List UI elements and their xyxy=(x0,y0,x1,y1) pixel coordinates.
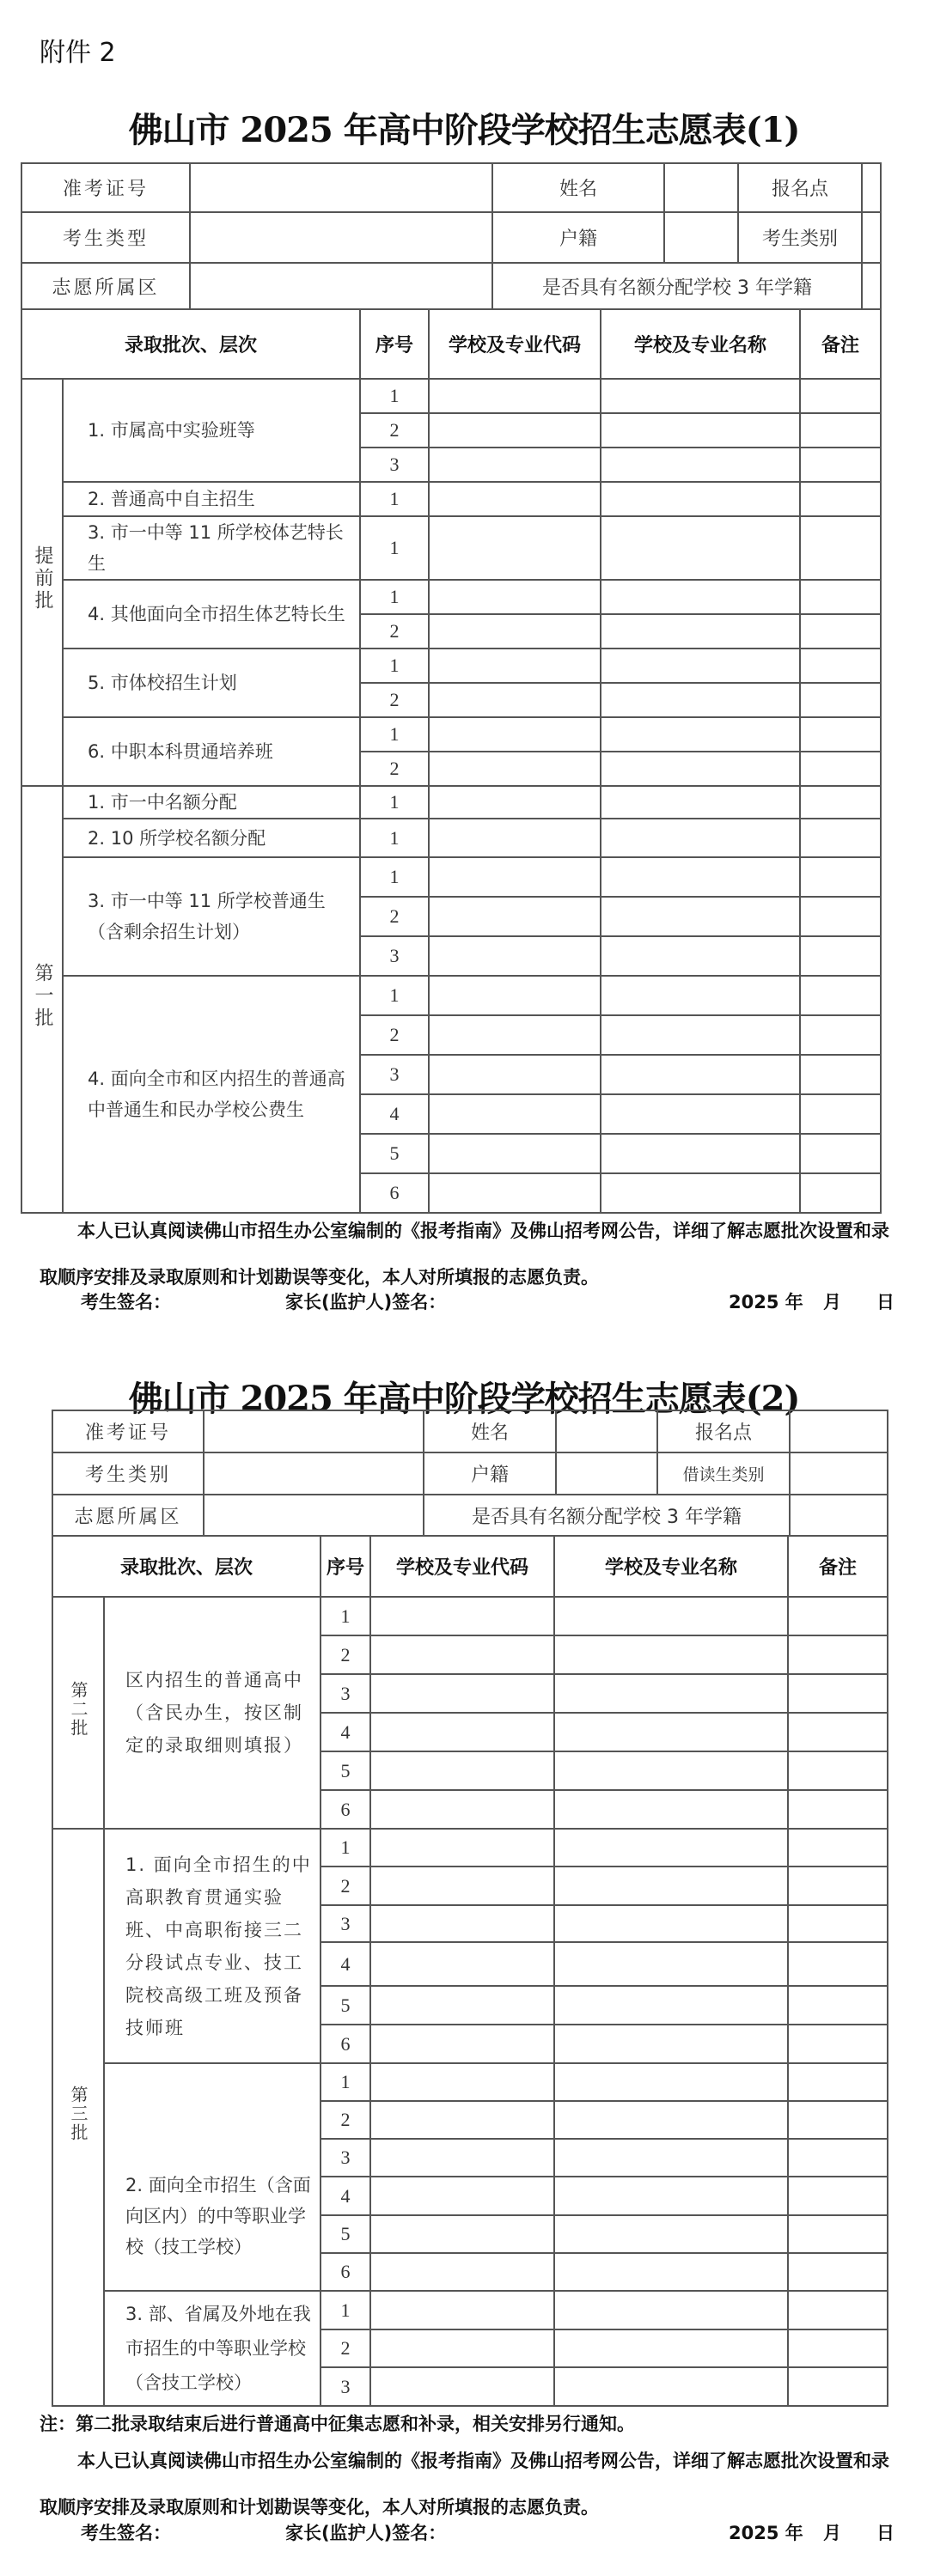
code-cell[interactable] xyxy=(370,1597,554,1635)
name-cell[interactable] xyxy=(554,2367,788,2406)
seq-number: 2 xyxy=(321,1635,370,1674)
seq-number: 6 xyxy=(321,2025,370,2063)
name-cell[interactable] xyxy=(554,2329,788,2367)
form2-choices-table: 录取批次、层次 序号 学校及专业代码 学校及专业名称 备注 第二批 区内招生的普… xyxy=(52,1535,888,2407)
remark-cell[interactable] xyxy=(800,819,881,857)
name-cell[interactable] xyxy=(601,1094,800,1134)
remark-cell[interactable] xyxy=(800,413,881,448)
code-cell[interactable] xyxy=(370,2253,554,2291)
code-cell[interactable] xyxy=(370,1674,554,1713)
remark-cell[interactable] xyxy=(800,482,881,516)
code-cell[interactable] xyxy=(429,717,601,752)
name-cell[interactable] xyxy=(554,2139,788,2177)
seq-number: 1 xyxy=(360,819,429,857)
code-cell[interactable] xyxy=(370,2101,554,2139)
exam-id-label: 准考证号 xyxy=(21,163,190,212)
code-cell[interactable] xyxy=(370,2367,554,2406)
remark-cell[interactable] xyxy=(788,1635,888,1674)
reg-point-label: 报名点 xyxy=(657,1410,790,1452)
seq-number: 2 xyxy=(360,1015,429,1055)
seq-number: 2 xyxy=(321,2329,370,2367)
exam-id-field[interactable] xyxy=(190,163,492,212)
header-batch-level: 录取批次、层次 xyxy=(21,309,360,379)
level-label: 4. 面向全市和区内招生的普通高中普通生和民办学校公费生 xyxy=(63,976,360,1213)
remark-cell[interactable] xyxy=(788,2367,888,2406)
name-cell[interactable] xyxy=(601,413,800,448)
remark-cell[interactable] xyxy=(800,516,881,580)
seq-number: 2 xyxy=(321,2101,370,2139)
code-cell[interactable] xyxy=(429,614,601,649)
remark-cell[interactable] xyxy=(800,857,881,897)
code-cell[interactable] xyxy=(429,976,601,1015)
code-cell[interactable] xyxy=(370,1713,554,1751)
remark-cell[interactable] xyxy=(800,1134,881,1173)
seq-number: 1 xyxy=(360,717,429,752)
form1-declaration: 本人已认真阅读佛山市招生办公室编制的《报考指南》及佛山招考网公告，详细了解志愿批… xyxy=(40,1208,899,1300)
district-label: 志愿所属区 xyxy=(21,263,190,309)
code-cell[interactable] xyxy=(429,936,601,976)
level-label: 2. 普通高中自主招生 xyxy=(63,482,360,516)
seq-number: 3 xyxy=(321,1674,370,1713)
form1-title: 佛山市 2025 年高中阶段学校招生志愿表(1) xyxy=(0,103,928,152)
seq-number: 2 xyxy=(360,683,429,717)
household-label: 户籍 xyxy=(492,212,664,263)
name-cell[interactable] xyxy=(601,580,800,614)
name-cell[interactable] xyxy=(601,482,800,516)
form1-signature-line: 考生签名： 家长(监护人)签名： 2025 年 月 日 xyxy=(0,1288,928,1323)
date-month: 月 xyxy=(823,1288,841,1314)
seq-number: 1 xyxy=(360,580,429,614)
code-cell[interactable] xyxy=(429,649,601,683)
district-field[interactable] xyxy=(204,1495,424,1536)
remark-cell[interactable] xyxy=(800,448,881,482)
seq-number: 2 xyxy=(360,413,429,448)
remark-cell[interactable] xyxy=(800,649,881,683)
attachment-label: 附件 2 xyxy=(40,31,116,69)
seq-number: 4 xyxy=(360,1094,429,1134)
code-cell[interactable] xyxy=(429,448,601,482)
form2-note: 注：第二批录取结束后进行普通高中征集志愿和补录，相关安排另行通知。 xyxy=(40,2410,635,2436)
header-seq: 序号 xyxy=(321,1536,370,1597)
level-label: 3. 市一中等 11 所学校体艺特长生 xyxy=(63,516,360,580)
code-cell[interactable] xyxy=(429,819,601,857)
district-label: 志愿所属区 xyxy=(52,1495,204,1536)
code-cell[interactable] xyxy=(370,2025,554,2063)
code-cell[interactable] xyxy=(370,1829,554,1867)
name-cell[interactable] xyxy=(601,786,800,819)
level-label: 5. 市体校招生计划 xyxy=(63,649,360,717)
name-cell[interactable] xyxy=(554,1942,788,1986)
code-cell[interactable] xyxy=(370,2063,554,2101)
name-label: 姓名 xyxy=(492,163,664,212)
reg-point-label: 报名点 xyxy=(738,163,862,212)
code-cell[interactable] xyxy=(429,683,601,717)
header-name: 学校及专业名称 xyxy=(601,309,800,379)
header-code: 学校及专业代码 xyxy=(370,1536,554,1597)
student-category-field[interactable] xyxy=(862,212,881,263)
household-field[interactable] xyxy=(556,1452,657,1495)
name-cell[interactable] xyxy=(554,2253,788,2291)
name-cell[interactable] xyxy=(554,2063,788,2101)
remark-cell[interactable] xyxy=(800,1015,881,1055)
date-year: 2025 年 xyxy=(729,1288,803,1314)
exam-id-label: 准考证号 xyxy=(52,1410,204,1452)
seq-number: 5 xyxy=(321,2215,370,2253)
name-cell[interactable] xyxy=(554,1867,788,1905)
reg-point-field[interactable] xyxy=(790,1410,888,1452)
date-day: 日 xyxy=(876,1288,894,1314)
level-label: 2. 面向全市招生（含面向区内）的中等职业学校（技工学校） xyxy=(104,2063,321,2291)
header-remark: 备注 xyxy=(800,309,881,379)
seq-number: 1 xyxy=(360,379,429,413)
name-cell[interactable] xyxy=(601,976,800,1015)
borrow-category-label: 借读生类别 xyxy=(657,1452,790,1495)
seq-number: 1 xyxy=(321,1597,370,1635)
name-cell[interactable] xyxy=(601,1055,800,1094)
seq-number: 1 xyxy=(321,2291,370,2329)
seq-number: 2 xyxy=(321,1867,370,1905)
name-cell[interactable] xyxy=(554,1751,788,1790)
remark-cell[interactable] xyxy=(788,1597,888,1635)
form2-declaration: 本人已认真阅读佛山市招生办公室编制的《报考指南》及佛山招考网公告，详细了解志愿批… xyxy=(40,2438,899,2530)
name-cell[interactable] xyxy=(554,1597,788,1635)
name-cell[interactable] xyxy=(601,857,800,897)
code-cell[interactable] xyxy=(370,2139,554,2177)
code-cell[interactable] xyxy=(370,2215,554,2253)
exam-id-field[interactable] xyxy=(204,1410,424,1452)
code-cell[interactable] xyxy=(370,1867,554,1905)
quota-school-field[interactable] xyxy=(862,263,881,309)
code-cell[interactable] xyxy=(429,482,601,516)
name-cell[interactable] xyxy=(601,1015,800,1055)
name-cell[interactable] xyxy=(601,614,800,649)
remark-cell[interactable] xyxy=(788,1790,888,1829)
remark-cell[interactable] xyxy=(788,2139,888,2177)
student-signature-label: 考生签名： xyxy=(81,2519,171,2545)
name-cell[interactable] xyxy=(554,2025,788,2063)
remark-cell[interactable] xyxy=(788,2215,888,2253)
name-cell[interactable] xyxy=(554,1790,788,1829)
remark-cell[interactable] xyxy=(788,1905,888,1942)
remark-cell[interactable] xyxy=(788,2291,888,2329)
date-year: 2025 年 xyxy=(729,2519,803,2545)
level-label: 区内招生的普通高中（含民办生，按区制定的录取细则填报） xyxy=(104,1597,321,1829)
seq-number: 6 xyxy=(321,2253,370,2291)
seq-number: 3 xyxy=(360,448,429,482)
code-cell[interactable] xyxy=(429,786,601,819)
header-name: 学校及专业名称 xyxy=(554,1536,788,1597)
name-cell[interactable] xyxy=(601,897,800,936)
borrow-category-field[interactable] xyxy=(790,1452,888,1495)
reg-point-field[interactable] xyxy=(862,163,881,212)
seq-number: 1 xyxy=(360,857,429,897)
batch-first: 第一批 xyxy=(21,786,63,1213)
code-cell[interactable] xyxy=(370,1790,554,1829)
name-cell[interactable] xyxy=(601,717,800,752)
name-cell[interactable] xyxy=(554,2177,788,2215)
seq-number: 1 xyxy=(360,976,429,1015)
remark-cell[interactable] xyxy=(788,2025,888,2063)
seq-number: 5 xyxy=(321,1986,370,2025)
batch-second: 第二批 xyxy=(52,1597,104,1829)
remark-cell[interactable] xyxy=(800,580,881,614)
remark-cell[interactable] xyxy=(800,897,881,936)
seq-number: 2 xyxy=(360,752,429,786)
name-cell[interactable] xyxy=(554,1674,788,1713)
name-cell[interactable] xyxy=(601,649,800,683)
remark-cell[interactable] xyxy=(800,1094,881,1134)
remark-cell[interactable] xyxy=(800,379,881,413)
form1-choices-table: 录取批次、层次 序号 学校及专业代码 学校及专业名称 备注 提前批 1. 市属高… xyxy=(21,308,882,1214)
seq-number: 3 xyxy=(360,1055,429,1094)
header-code: 学校及专业代码 xyxy=(429,309,601,379)
student-category-label: 考生类别 xyxy=(738,212,862,263)
remark-cell[interactable] xyxy=(788,1829,888,1867)
seq-number: 3 xyxy=(321,2139,370,2177)
code-cell[interactable] xyxy=(429,516,601,580)
student-category-label: 考生类别 xyxy=(52,1452,204,1495)
student-category-field[interactable] xyxy=(204,1452,424,1495)
seq-number: 3 xyxy=(360,936,429,976)
date-month: 月 xyxy=(823,2519,841,2545)
quota-school-label: 是否具有名额分配学校 3 年学籍 xyxy=(424,1495,790,1536)
name-cell[interactable] xyxy=(601,819,800,857)
name-cell[interactable] xyxy=(601,379,800,413)
remark-cell[interactable] xyxy=(800,752,881,786)
remark-cell[interactable] xyxy=(788,1986,888,2025)
batch-early: 提前批 xyxy=(21,379,63,786)
quota-school-field[interactable] xyxy=(790,1495,888,1536)
name-cell[interactable] xyxy=(601,752,800,786)
quota-school-label: 是否具有名额分配学校 3 年学籍 xyxy=(492,263,862,309)
code-cell[interactable] xyxy=(429,1134,601,1173)
code-cell[interactable] xyxy=(429,413,601,448)
remark-cell[interactable] xyxy=(800,717,881,752)
code-cell[interactable] xyxy=(429,379,601,413)
header-remark: 备注 xyxy=(788,1536,888,1597)
header-seq: 序号 xyxy=(360,309,429,379)
date-day: 日 xyxy=(876,2519,894,2545)
name-cell[interactable] xyxy=(554,1713,788,1751)
code-cell[interactable] xyxy=(370,1986,554,2025)
seq-number: 5 xyxy=(321,1751,370,1790)
seq-number: 1 xyxy=(321,2063,370,2101)
remark-cell[interactable] xyxy=(788,1674,888,1713)
seq-number: 4 xyxy=(321,2177,370,2215)
code-cell[interactable] xyxy=(370,1751,554,1790)
level-label: 1. 市一中名额分配 xyxy=(63,786,360,819)
code-cell[interactable] xyxy=(429,1094,601,1134)
remark-cell[interactable] xyxy=(788,2253,888,2291)
student-type-field[interactable] xyxy=(190,212,492,263)
name-cell[interactable] xyxy=(601,448,800,482)
code-cell[interactable] xyxy=(370,2291,554,2329)
remark-cell[interactable] xyxy=(788,2101,888,2139)
code-cell[interactable] xyxy=(370,1635,554,1674)
seq-number: 4 xyxy=(321,1942,370,1986)
name-cell[interactable] xyxy=(601,516,800,580)
remark-cell[interactable] xyxy=(800,786,881,819)
remark-cell[interactable] xyxy=(788,1942,888,1986)
code-cell[interactable] xyxy=(429,857,601,897)
name-cell[interactable] xyxy=(554,2215,788,2253)
level-label: 3. 部、省属及外地在我市招生的中等职业学校（含技工学校） xyxy=(104,2291,321,2406)
name-cell[interactable] xyxy=(554,2101,788,2139)
level-label: 1. 面向全市招生的中高职教育贯通实验班、中高职衔接三二分段试点专业、技工院校高… xyxy=(104,1829,321,2063)
seq-number: 5 xyxy=(360,1134,429,1173)
code-cell[interactable] xyxy=(370,2329,554,2367)
code-cell[interactable] xyxy=(429,580,601,614)
seq-number: 1 xyxy=(360,516,429,580)
seq-number: 6 xyxy=(321,1790,370,1829)
seq-number: 3 xyxy=(321,2367,370,2406)
remark-cell[interactable] xyxy=(788,1867,888,1905)
remark-cell[interactable] xyxy=(800,683,881,717)
remark-cell[interactable] xyxy=(800,1055,881,1094)
seq-number: 1 xyxy=(360,786,429,819)
name-cell[interactable] xyxy=(601,683,800,717)
household-label: 户籍 xyxy=(424,1452,556,1495)
level-label: 6. 中职本科贯通培养班 xyxy=(63,717,360,786)
name-cell[interactable] xyxy=(554,1635,788,1674)
code-cell[interactable] xyxy=(370,1942,554,1986)
seq-number: 1 xyxy=(321,1829,370,1867)
name-cell[interactable] xyxy=(554,1829,788,1867)
header-batch-level: 录取批次、层次 xyxy=(52,1536,321,1597)
level-label: 3. 市一中等 11 所学校普通生（含剩余招生计划） xyxy=(63,857,360,976)
name-cell[interactable] xyxy=(554,1986,788,2025)
name-cell[interactable] xyxy=(554,2291,788,2329)
level-label: 4. 其他面向全市招生体艺特长生 xyxy=(63,580,360,649)
form2-signature-line: 考生签名： 家长(监护人)签名： 2025 年 月 日 xyxy=(0,2519,928,2554)
name-cell[interactable] xyxy=(601,1134,800,1173)
form1-table: 准考证号 姓名 报名点 考生类型 户籍 考生类别 志愿所属区 是否具有名额分配学… xyxy=(21,162,882,310)
seq-number: 2 xyxy=(360,614,429,649)
student-type-label: 考生类型 xyxy=(21,212,190,263)
seq-number: 1 xyxy=(360,649,429,683)
name-cell[interactable] xyxy=(554,1905,788,1942)
district-field[interactable] xyxy=(190,263,492,309)
seq-number: 1 xyxy=(360,482,429,516)
code-cell[interactable] xyxy=(370,1905,554,1942)
remark-cell[interactable] xyxy=(800,976,881,1015)
code-cell[interactable] xyxy=(429,1015,601,1055)
seq-number: 3 xyxy=(321,1905,370,1942)
name-cell[interactable] xyxy=(601,936,800,976)
form2-table: 准考证号 姓名 报名点 考生类别 户籍 借读生类别 志愿所属区 是否具有名额分配… xyxy=(52,1410,888,1537)
code-cell[interactable] xyxy=(370,2177,554,2215)
name-field[interactable] xyxy=(556,1410,657,1452)
code-cell[interactable] xyxy=(429,897,601,936)
batch-third: 第三批 xyxy=(52,1829,104,2406)
remark-cell[interactable] xyxy=(788,1713,888,1751)
name-field[interactable] xyxy=(664,163,738,212)
parent-signature-label: 家长(监护人)签名： xyxy=(285,2519,446,2545)
code-cell[interactable] xyxy=(429,752,601,786)
household-field[interactable] xyxy=(664,212,738,263)
remark-cell[interactable] xyxy=(788,2177,888,2215)
remark-cell[interactable] xyxy=(788,1751,888,1790)
seq-number: 4 xyxy=(321,1713,370,1751)
remark-cell[interactable] xyxy=(800,614,881,649)
code-cell[interactable] xyxy=(429,1055,601,1094)
remark-cell[interactable] xyxy=(788,2063,888,2101)
name-label: 姓名 xyxy=(424,1410,556,1452)
parent-signature-label: 家长(监护人)签名： xyxy=(285,1288,446,1314)
level-label: 1. 市属高中实验班等 xyxy=(63,379,360,482)
student-signature-label: 考生签名： xyxy=(81,1288,171,1314)
remark-cell[interactable] xyxy=(788,2329,888,2367)
remark-cell[interactable] xyxy=(800,936,881,976)
seq-number: 2 xyxy=(360,897,429,936)
level-label: 2. 10 所学校名额分配 xyxy=(63,819,360,857)
